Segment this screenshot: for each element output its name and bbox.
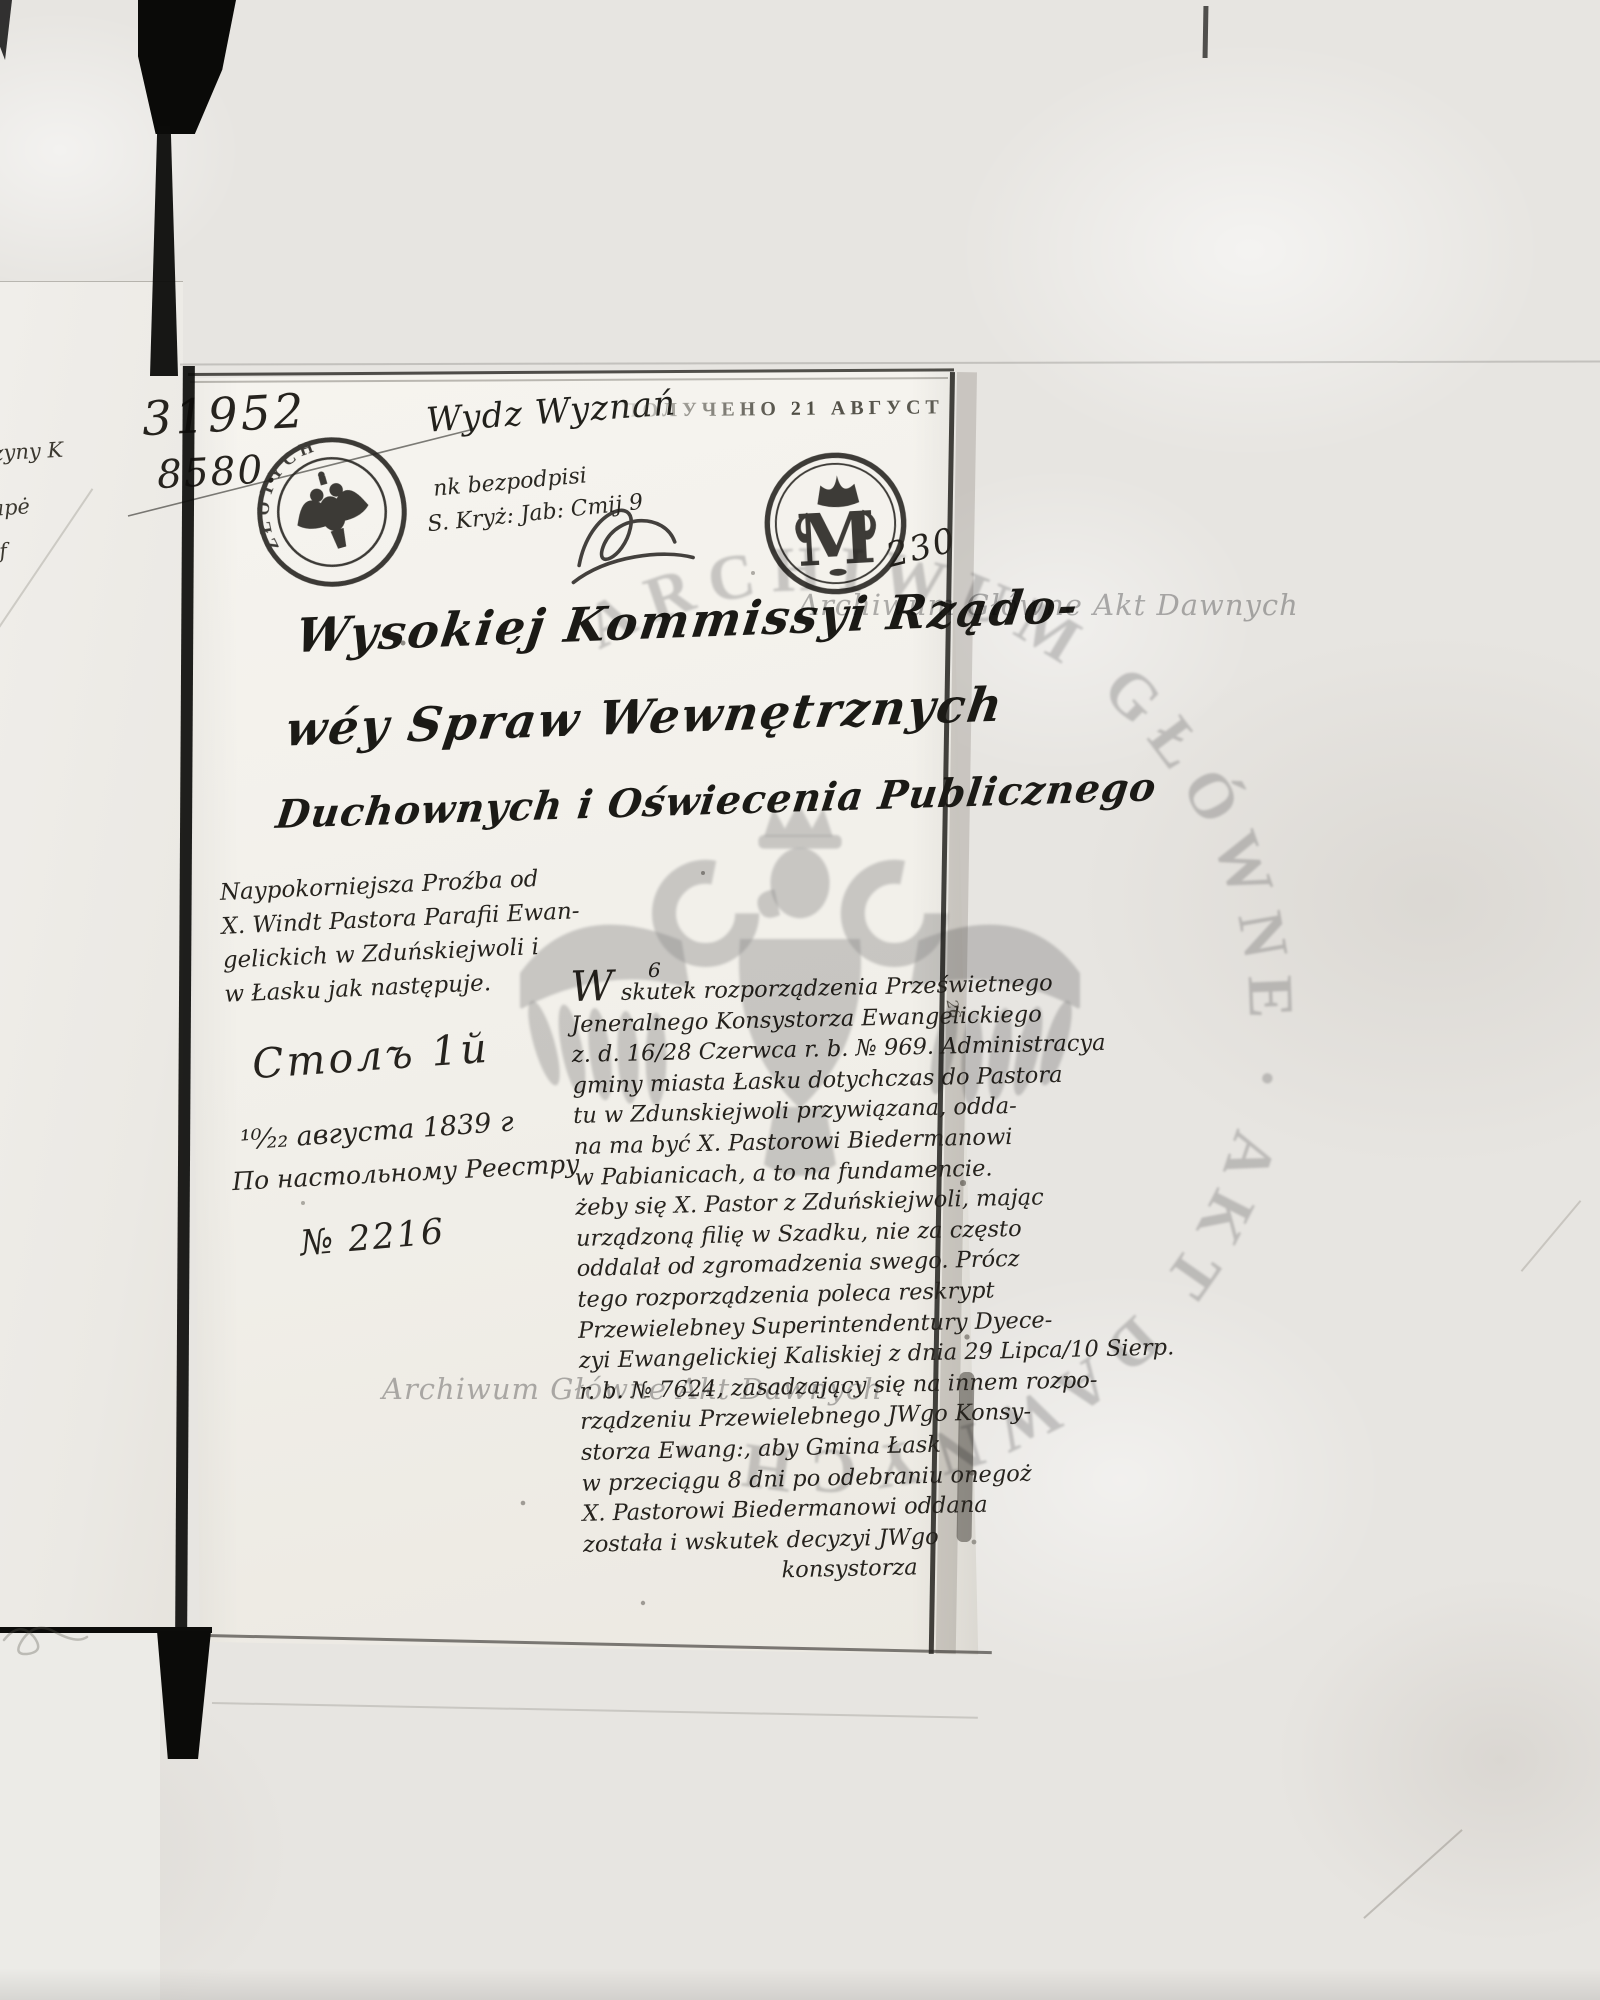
page-gap-shadow [138,0,236,134]
bottom-gap-shadow [157,1631,211,1759]
corner-shadow [0,0,12,60]
paper-specks [0,0,2,2]
backdrop-crease [1363,1829,1462,1919]
double-eagle-icon [285,461,378,557]
left-page-text-fragment: iczyny K [0,438,64,467]
faint-scribble [2,1608,92,1663]
piast-eagle-icon [520,803,1080,1176]
archive-eagle-watermark [520,715,1080,1275]
page-gap-shadow [150,126,178,376]
archival-scan: iczyny K papė o ƒ 31952 8580. ZŁOTYCH TR… [0,0,1600,2000]
left-page-text-fragment: papė [0,494,31,522]
scan-vignette [0,1968,1600,2000]
backdrop-crease [1521,1200,1582,1272]
left-lower-page [0,1633,160,2000]
backdrop-mark [1203,6,1209,58]
lower-sheet-edge [212,1702,978,1719]
